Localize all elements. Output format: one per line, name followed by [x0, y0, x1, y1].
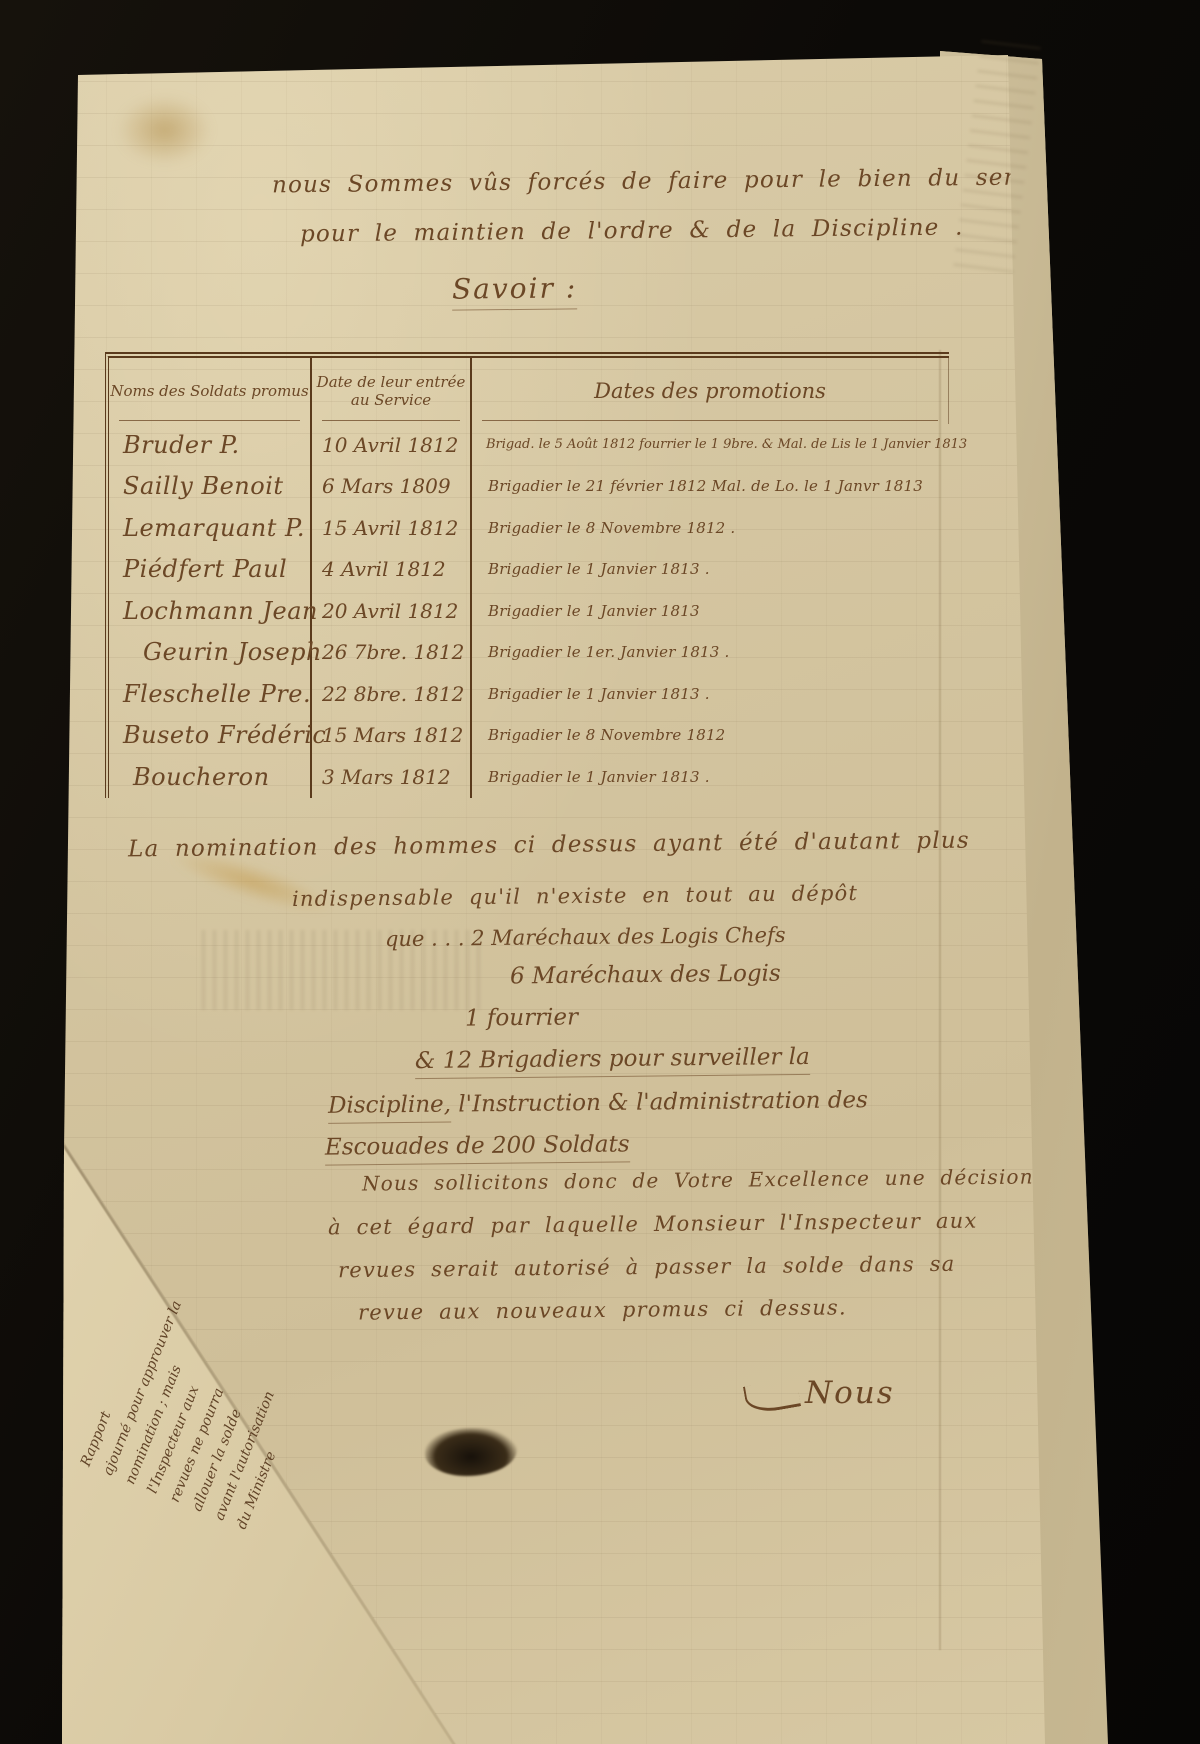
- body-line: Discipline, l'Instruction & l'administra…: [328, 1087, 868, 1119]
- signature: Nous: [745, 1375, 895, 1411]
- cell-name: Buseto Frédéric: [109, 715, 312, 757]
- cell-name: Fleschelle Pre.: [109, 673, 312, 715]
- cell-name: Lemarquant P.: [109, 507, 312, 549]
- body-line: revues serait autorisé à passer la solde…: [338, 1252, 956, 1282]
- document-photo: nous Sommes vûs forcés de faire pour le …: [0, 0, 1200, 1744]
- body-line: Escouades de 200 Soldats: [325, 1131, 630, 1165]
- cell-promotion: Brigad. le 5 Août 1812 fourrier le 1 9br…: [472, 424, 949, 466]
- body-line: revue aux nouveaux promus ci dessus.: [358, 1295, 847, 1324]
- cell-name: Lochmann Jean: [109, 590, 312, 632]
- body-line: Nous sollicitons donc de Votre Excellenc…: [362, 1164, 1034, 1195]
- manuscript-page: nous Sommes vûs forcés de faire pour le …: [62, 50, 1052, 1744]
- cell-entry: 22 8bre. 1812: [312, 673, 472, 715]
- cell-promotion: Brigadier le 8 Novembre 1812: [472, 715, 949, 757]
- body-line: 6 Maréchaux des Logis: [510, 961, 781, 990]
- cell-name: Boucheron: [109, 756, 312, 798]
- cell-entry: 4 Avril 1812: [312, 549, 472, 591]
- cell-entry: 3 Mars 1812: [312, 756, 472, 798]
- paper-tear: [425, 1428, 517, 1476]
- cell-entry: 20 Avril 1812: [312, 590, 472, 632]
- cell-name: Bruder P.: [109, 424, 312, 466]
- heading-line: pour le maintien de l'ordre & de la Disc…: [300, 215, 964, 248]
- body-line: 1 fourrier: [465, 1004, 578, 1031]
- body-line: indispensable qu'il n'existe en tout au …: [292, 881, 858, 911]
- paper-stain: [117, 95, 212, 165]
- cell-promotion: Brigadier le 1er. Janvier 1813 .: [472, 632, 949, 674]
- cell-entry: 15 Avril 1812: [312, 507, 472, 549]
- cell-promotion: Brigadier le 1 Janvier 1813 .: [472, 549, 949, 591]
- cell-promotion: Brigadier le 21 février 1812 Mal. de Lo.…: [472, 466, 949, 508]
- heading-savoir: Savoir :: [452, 271, 578, 310]
- cell-name: Piédfert Paul: [109, 549, 312, 591]
- signature-text: Nous: [805, 1375, 895, 1411]
- signature-flourish-icon: [743, 1378, 801, 1416]
- promotions-table: Noms des Soldats promus Date de leur ent…: [105, 352, 949, 798]
- body-line: La nomination des hommes ci dessus ayant…: [128, 828, 970, 863]
- body-line: & 12 Brigadiers pour surveiller la: [415, 1044, 810, 1079]
- cell-promotion: Brigadier le 1 Janvier 1813 .: [472, 756, 949, 798]
- cell-entry: 10 Avril 1812: [312, 424, 472, 466]
- underlined-word: Discipline,: [328, 1092, 451, 1124]
- body-line: à cet égard par laquelle Monsieur l'Insp…: [328, 1209, 978, 1240]
- cell-entry: 15 Mars 1812: [312, 715, 472, 757]
- column-header-promotions: Dates des promotions: [472, 358, 949, 424]
- body-line: que . . . 2 Maréchaux des Logis Chefs: [385, 923, 786, 951]
- cell-entry: 26 7bre. 1812: [312, 632, 472, 674]
- column-header-names: Noms des Soldats promus: [109, 358, 312, 424]
- cell-entry: 6 Mars 1809: [312, 466, 472, 508]
- cell-promotion: Brigadier le 1 Janvier 1813: [472, 590, 949, 632]
- cell-promotion: Brigadier le 8 Novembre 1812 .: [472, 507, 949, 549]
- cell-name: Sailly Benoit: [109, 466, 312, 508]
- cell-name: Geurin Joseph: [109, 632, 312, 674]
- column-header-entry: Date de leur entrée au Service: [312, 358, 472, 424]
- cell-promotion: Brigadier le 1 Janvier 1813 .: [472, 673, 949, 715]
